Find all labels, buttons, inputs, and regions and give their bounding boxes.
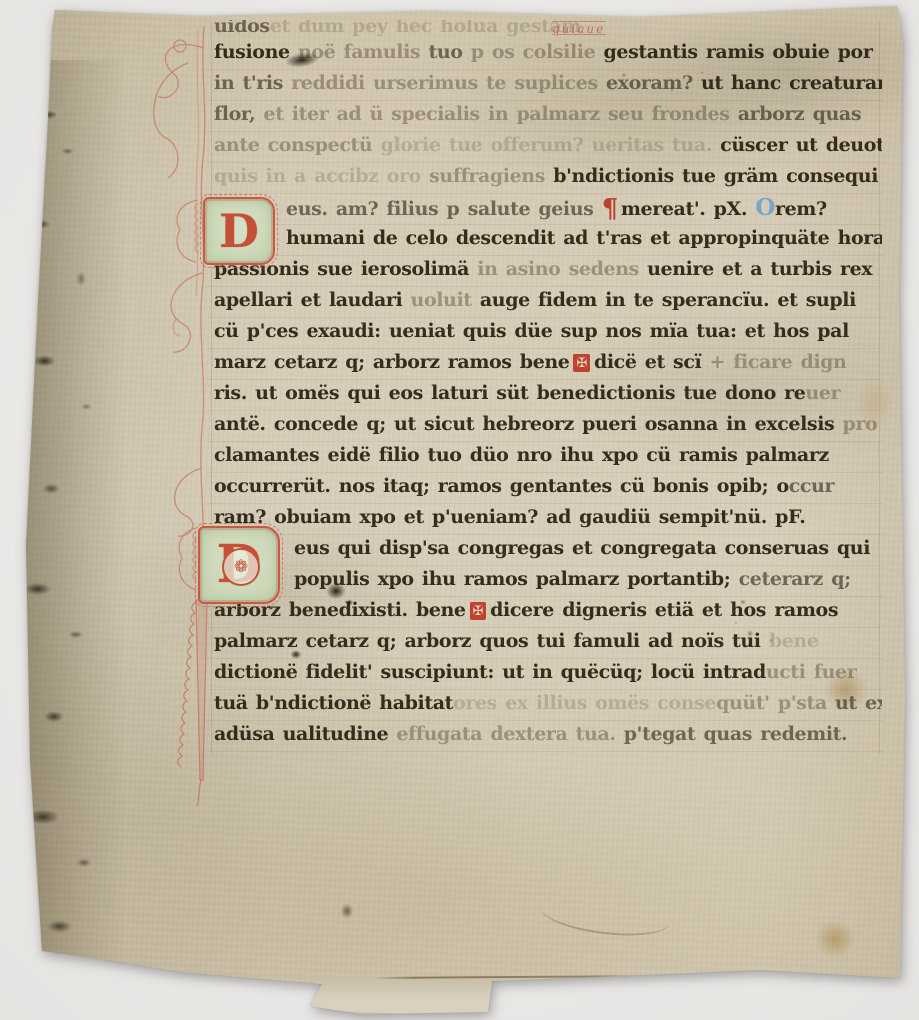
page-background: { "colors": { "background": "#ebe9e6", "… bbox=[0, 0, 919, 1020]
text-run: uer bbox=[805, 382, 840, 404]
text-run: dicere digneris etiä et hos ramos bbox=[490, 599, 838, 621]
initial-letter: D bbox=[219, 208, 259, 254]
text-run: rem? bbox=[775, 198, 827, 220]
text-run: palmarz cetarz q; arborz quos tui famuli… bbox=[214, 630, 769, 652]
text-run: b'ndictionis tue gräm consequi bbox=[553, 165, 878, 187]
text-run: reddidi urserimus te suplices bbox=[291, 72, 606, 94]
manuscript-line: arborz benedixisti. bene✠dicere digneris… bbox=[214, 595, 882, 626]
manuscript-line: passionis sue ierosolimä in asino sedens… bbox=[214, 254, 882, 285]
text-run: pro bbox=[843, 413, 878, 435]
manuscript-line: eus qui disp'sa congregas et congregata … bbox=[214, 533, 882, 564]
text-run: quis in a accibz oro bbox=[214, 165, 429, 187]
text-run: uenire et a turbis rex bbox=[647, 258, 872, 280]
text-run: fusione bbox=[214, 41, 298, 63]
text-run: arborz quas bbox=[738, 103, 861, 125]
rubric-paraph-mark: ¶ bbox=[602, 194, 618, 223]
rosette-icon: ❁ bbox=[222, 548, 260, 586]
text-run: apellari et laudari bbox=[214, 289, 411, 311]
text-run: glorie tue offerum? ueritas tua. bbox=[381, 134, 721, 156]
text-run: ris. ut omës qui eos laturi süt benedict… bbox=[214, 382, 805, 404]
illuminated-initial-d1: D bbox=[203, 197, 275, 265]
text-run: flor, bbox=[214, 103, 264, 125]
text-run: tuo bbox=[428, 41, 470, 63]
ink-stain bbox=[338, 900, 356, 922]
text-run: ores ex illius omës conse bbox=[453, 692, 716, 714]
text-run: ram? obuiam xpo et p'ueniam? ad gaudiü s… bbox=[214, 506, 805, 528]
text-run: humani de celo descendit ad t'ras et app… bbox=[286, 227, 882, 249]
manuscript-line: palmarz cetarz q; arborz quos tui famuli… bbox=[214, 626, 882, 657]
manuscript-line: populis xpo ihu ramos palmarz portantib;… bbox=[214, 564, 882, 595]
text-run: ccur bbox=[789, 475, 834, 497]
text-run: + ficare dign bbox=[710, 351, 847, 373]
manuscript-line: fusione noë famulis tuo p os colsilie ge… bbox=[214, 37, 882, 68]
text-run: clamantes eidë filio tuo düo nro ihu xpo… bbox=[214, 444, 829, 466]
text-run: mereat'. pX. bbox=[621, 198, 755, 220]
manuscript-line: quis in a accibz oro suffragiens b'ndict… bbox=[214, 161, 882, 192]
text-run: eus. am? filius p salute geius bbox=[286, 198, 602, 220]
text-run: p'tegat quas redemit. bbox=[624, 723, 847, 745]
text-run: effugata dextera tua. bbox=[396, 723, 623, 745]
parchment-fold-flap bbox=[305, 977, 495, 1017]
text-run: occurrerüt. nos itaq; ramos gentantes cü… bbox=[214, 475, 789, 497]
text-run: dicë et scï bbox=[594, 351, 710, 373]
marginal-note: quiaue bbox=[552, 22, 605, 36]
text-run: ucti fuer bbox=[766, 661, 856, 683]
manuscript-line: tuä b'ndictionë habitatores ex illius om… bbox=[214, 688, 882, 719]
text-run: suffragiens bbox=[429, 165, 553, 187]
text-run: ut hanc creaturam bbox=[701, 72, 882, 94]
manuscript-line: cü p'ces exaudi: ueniat quis düe sup nos… bbox=[214, 316, 882, 347]
manuscript-line: adüsa ualitudine effugata dextera tua. p… bbox=[214, 719, 882, 750]
text-run: antë. concede q; ut sicut hebreorz pueri… bbox=[214, 413, 843, 435]
text-run: tuä b'ndictionë habitat bbox=[214, 692, 453, 714]
text-run: in asino sedens bbox=[477, 258, 647, 280]
text-run: p os colsilie bbox=[471, 41, 604, 63]
text-run: in t'ris bbox=[214, 72, 291, 94]
text-block: uidos et dum pey hec holua gestamfusione… bbox=[214, 20, 882, 750]
text-run: cü p'ces exaudi: ueniat quis düe sup nos… bbox=[214, 320, 849, 342]
manuscript-line: occurrerüt. nos itaq; ramos gentantes cü… bbox=[214, 471, 882, 502]
text-run: exoram? bbox=[606, 72, 701, 94]
blue-initial: O bbox=[755, 194, 775, 221]
manuscript-line: antë. concede q; ut sicut hebreorz pueri… bbox=[214, 409, 882, 440]
manuscript-line: dictionë fidelit' suscipiunt: ut in quëc… bbox=[214, 657, 882, 688]
manuscript-leaf: D D ❁ quiaue uidos et dum pey hec holua … bbox=[0, 0, 919, 1020]
text-run: dictionë fidelit' suscipiunt: ut in quëc… bbox=[214, 661, 766, 683]
fold-crease bbox=[538, 888, 672, 942]
manuscript-line: flor, et iter ad ü specialis in palmarz … bbox=[214, 99, 882, 130]
text-run: eus qui disp'sa congregas et congregata … bbox=[294, 537, 870, 559]
text-run: adüsa ualitudine bbox=[214, 723, 396, 745]
text-run: noë famulis bbox=[298, 41, 429, 63]
parchment-wrap: D D ❁ quiaue uidos et dum pey hec holua … bbox=[0, 0, 919, 1020]
text-run: cüscer ut deuotus bbox=[720, 134, 882, 156]
fold-crease bbox=[372, 975, 652, 979]
text-run: ut expe bbox=[835, 692, 882, 714]
manuscript-line: clamantes eidë filio tuo düo nro ihu xpo… bbox=[214, 440, 882, 471]
text-run: bene bbox=[769, 630, 819, 652]
manuscript-line: eus. am? filius p salute geius ¶mereat'.… bbox=[214, 192, 882, 223]
text-run: ante conspectü bbox=[214, 134, 381, 156]
manuscript-line: humani de celo descendit ad t'ras et app… bbox=[214, 223, 882, 254]
manuscript-line: ante conspectü glorie tue offerum? uerit… bbox=[214, 130, 882, 161]
text-run: ceterarz q; bbox=[739, 568, 851, 590]
text-run: auge fidem in te sperancïu. et supli bbox=[480, 289, 856, 311]
manuscript-line: ris. ut omës qui eos laturi süt benedict… bbox=[214, 378, 882, 409]
text-run: uidos bbox=[214, 20, 270, 37]
manuscript-line: apellari et laudari uoluit auge fidem in… bbox=[214, 285, 882, 316]
manuscript-line: uidos et dum pey hec holua gestam bbox=[214, 20, 882, 37]
text-run: et dum pey hec holua gestam bbox=[270, 20, 581, 37]
manuscript-line: marz cetarz q; arborz ramos bene✠dicë et… bbox=[214, 347, 882, 378]
benediction-cross-icon: ✠ bbox=[573, 354, 590, 372]
illuminated-initial-d2: D ❁ bbox=[198, 526, 280, 604]
benediction-cross-icon: ✠ bbox=[470, 602, 487, 620]
manuscript-line: ram? obuiam xpo et p'ueniam? ad gaudiü s… bbox=[214, 502, 882, 533]
text-run: populis xpo ihu ramos palmarz portantib; bbox=[294, 568, 739, 590]
text-run: uoluit bbox=[411, 289, 480, 311]
brown-stain bbox=[806, 912, 864, 966]
text-run: gestantis ramis obuie por bbox=[604, 41, 873, 63]
manuscript-line: in t'ris reddidi urserimus te suplices e… bbox=[214, 68, 882, 99]
text-run: marz cetarz q; arborz ramos bene bbox=[214, 351, 569, 373]
text-run: et iter ad ü specialis in palmarz seu fr… bbox=[264, 103, 738, 125]
text-run: quüt' p'sta bbox=[716, 692, 835, 714]
